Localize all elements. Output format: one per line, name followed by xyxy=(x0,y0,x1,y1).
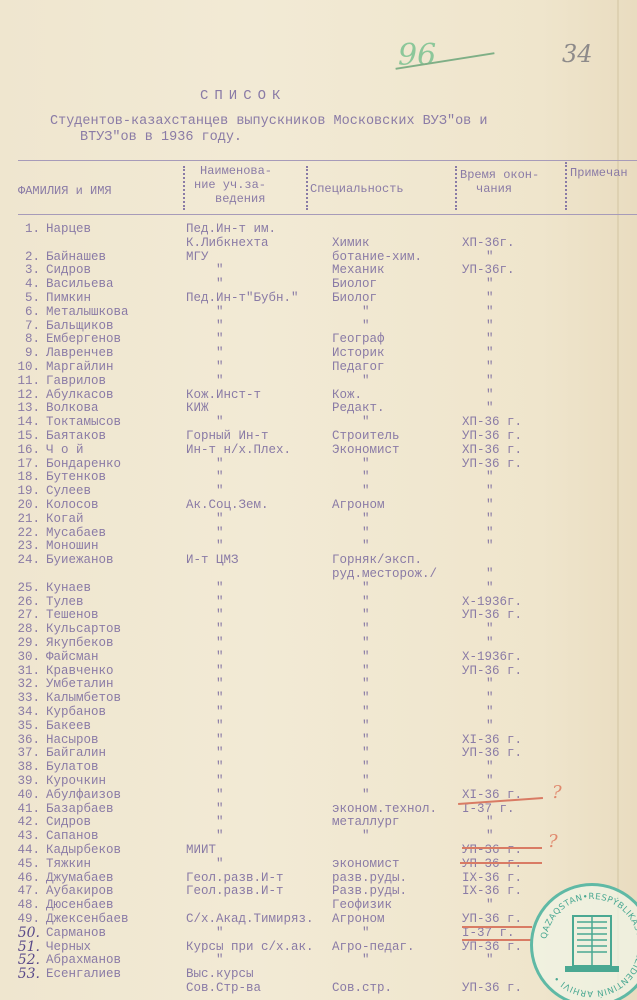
table-row: 28.Кульсартов""" xyxy=(0,622,637,636)
cell-spec: " xyxy=(332,374,370,388)
cell-inst: " xyxy=(186,457,224,471)
cell-name: Кульсартов xyxy=(46,622,121,636)
cell-num: 22. xyxy=(8,526,40,540)
table-row: 15.БаятаковГорный Ин-тСтроительУП-36 г. xyxy=(0,429,637,443)
cell-time: " xyxy=(462,512,494,526)
table-row: 45.Тяжкин"экономистУП-36 г. xyxy=(0,857,637,871)
cell-name: Гаврилов xyxy=(46,374,106,388)
cell-inst: Геол.разв.И-т xyxy=(186,871,284,885)
header-institution-1: Наименова- xyxy=(200,164,272,178)
cell-time: " xyxy=(462,346,494,360)
table-row: 37.Байгалин""УП-36 г. xyxy=(0,746,637,760)
cell-name: Умбеталин xyxy=(46,677,114,691)
cell-inst: Выс.курсы xyxy=(186,967,254,981)
cell-num: 40. xyxy=(8,788,40,802)
subtitle-line-2: ВТУЗ"ов в 1936 году. xyxy=(50,130,570,146)
cell-num: 25. xyxy=(8,581,40,595)
cell-spec: " xyxy=(332,305,370,319)
cell-spec: металлург xyxy=(332,815,400,829)
cell-spec: " xyxy=(332,484,370,498)
cell-inst: " xyxy=(186,277,224,291)
cell-inst: Геол.разв.И-т xyxy=(186,884,284,898)
cell-name: Байгалин xyxy=(46,746,106,760)
table-row: К.ЛибкнехтаХимикХП-36г. xyxy=(0,236,637,250)
cell-num: 24. xyxy=(8,553,40,567)
cell-time: " xyxy=(462,774,494,788)
column-divider xyxy=(183,166,188,210)
cell-spec: " xyxy=(332,319,370,333)
cell-name: Кравченко xyxy=(46,664,114,678)
cell-name: Булатов xyxy=(46,760,99,774)
cell-name: Токтамысов xyxy=(46,415,121,429)
table-row: 17.Бондаренко""УП-36 г. xyxy=(0,457,637,471)
cell-inst: Ин-т н/х.Плех. xyxy=(186,443,291,457)
cell-name: Сарманов xyxy=(46,926,106,940)
cell-time: " xyxy=(462,691,494,705)
cell-num: 15. xyxy=(8,429,40,443)
cell-inst: " xyxy=(186,788,224,802)
cell-time: УП-36 г. xyxy=(462,746,522,760)
header-institution-2: ние уч.за- xyxy=(194,178,266,192)
red-strike xyxy=(460,862,542,864)
cell-num: 42. xyxy=(8,815,40,829)
cell-name: Джексенбаев xyxy=(46,912,129,926)
cell-name: Дюсенбаев xyxy=(46,898,114,912)
archive-stamp: QAZAQSTAN•RESPÝBLIKASY PREZIDENTINIŃ ARH… xyxy=(530,883,637,1000)
cell-spec: Строитель xyxy=(332,429,400,443)
cell-spec: Историк xyxy=(332,346,385,360)
cell-inst: " xyxy=(186,581,224,595)
table-row: 21.Когай""" xyxy=(0,512,637,526)
cell-inst: Курсы при с/х.ак. xyxy=(186,940,314,954)
cell-time: IХ-36 г. xyxy=(462,871,522,885)
header-institution-3: ведения xyxy=(215,192,265,206)
cell-name: Мусабаев xyxy=(46,526,106,540)
cell-inst: " xyxy=(186,857,224,871)
cell-inst: " xyxy=(186,319,224,333)
cell-name: Кунаев xyxy=(46,581,91,595)
cell-num: 44. xyxy=(8,843,40,857)
cell-inst: " xyxy=(186,374,224,388)
cell-num: 19. xyxy=(8,484,40,498)
cell-time: " xyxy=(462,719,494,733)
cell-time: " xyxy=(462,291,494,305)
cell-name: Волкова xyxy=(46,401,99,415)
cell-name: Металышкова xyxy=(46,305,129,319)
cell-spec: Педагог xyxy=(332,360,385,374)
cell-inst: " xyxy=(186,719,224,733)
cell-inst: " xyxy=(186,926,224,940)
cell-spec: экономист xyxy=(332,857,400,871)
cell-inst: " xyxy=(186,332,224,346)
cell-name: Курбанов xyxy=(46,705,106,719)
cell-name: Есенгалиев xyxy=(46,967,121,981)
archive-building-icon: QAZAQSTAN•RESPÝBLIKASY PREZIDENTINIŃ ARH… xyxy=(533,886,637,1000)
cell-spec: Редакт. xyxy=(332,401,385,415)
cell-num: 28. xyxy=(8,622,40,636)
cell-spec: руд.месторож./ xyxy=(332,567,437,581)
cell-name: Лавренчев xyxy=(46,346,114,360)
cell-spec: Разв.руды. xyxy=(332,884,407,898)
cell-time: " xyxy=(462,953,494,967)
cell-time: " xyxy=(462,636,494,650)
cell-name: Абулфаизов xyxy=(46,788,121,802)
cell-num: 50. xyxy=(8,926,40,940)
cell-name: Бутенков xyxy=(46,470,106,484)
cell-num: 18. xyxy=(8,470,40,484)
cell-time: УП-36 г. xyxy=(462,857,522,871)
cell-spec: Кож. xyxy=(332,388,362,402)
table-row: 44.КадырбековМИИТУП-36 г. xyxy=(0,843,637,857)
cell-spec: " xyxy=(332,677,370,691)
cell-spec: Агроном xyxy=(332,912,385,926)
table-row: 1.НарцевПед.Ин-т им. xyxy=(0,222,637,236)
cell-time: ХП-36г. xyxy=(462,236,515,250)
document-title: СПИСОК xyxy=(200,88,286,104)
cell-inst: Кож.Инст-т xyxy=(186,388,261,402)
cell-time: " xyxy=(462,526,494,540)
cell-time: УП-36 г. xyxy=(462,608,522,622)
cell-time: УП-36 г. xyxy=(462,912,522,926)
cell-name: Тяжкин xyxy=(46,857,91,871)
cell-num: 33. xyxy=(8,691,40,705)
cell-time: " xyxy=(462,305,494,319)
table-row: 35.Бакеев""" xyxy=(0,719,637,733)
cell-num: 17. xyxy=(8,457,40,471)
cell-num: 43. xyxy=(8,829,40,843)
red-question-mark: ? xyxy=(548,831,558,852)
cell-spec: Экономист xyxy=(332,443,400,457)
cell-inst: " xyxy=(186,691,224,705)
cell-spec: Механик xyxy=(332,263,385,277)
cell-num: 36. xyxy=(8,733,40,747)
cell-time: " xyxy=(462,374,494,388)
header-bottom-rule xyxy=(18,214,637,215)
cell-name: Насыров xyxy=(46,733,99,747)
cell-spec: Биолог xyxy=(332,277,377,291)
cell-inst: " xyxy=(186,664,224,678)
cell-time: " xyxy=(462,677,494,691)
cell-num: 46. xyxy=(8,871,40,885)
cell-num: 14. xyxy=(8,415,40,429)
cell-spec: " xyxy=(332,622,370,636)
cell-spec: " xyxy=(332,595,370,609)
cell-name: Бакеев xyxy=(46,719,91,733)
table-row: 8.Ембергенов"Географ" xyxy=(0,332,637,346)
cell-num: 13. xyxy=(8,401,40,415)
cell-num: 21. xyxy=(8,512,40,526)
cell-spec: " xyxy=(332,760,370,774)
cell-num: 30. xyxy=(8,650,40,664)
column-divider xyxy=(306,166,311,210)
cell-name: Кадырбеков xyxy=(46,843,121,857)
table-row: 24.БуиежановИ-т ЦМЗГорняк/эксп. xyxy=(0,553,637,567)
cell-num: 16. xyxy=(8,443,40,457)
header-notes: Примечан xyxy=(570,166,628,180)
cell-num: 2. xyxy=(8,250,40,264)
cell-name: Курочкин xyxy=(46,774,106,788)
cell-inst: " xyxy=(186,415,224,429)
cell-num: 3. xyxy=(8,263,40,277)
table-row: 7.Бальщиков""" xyxy=(0,319,637,333)
cell-num: 47. xyxy=(8,884,40,898)
column-divider xyxy=(565,162,570,210)
cell-name: Тулев xyxy=(46,595,84,609)
cell-time: УП-36г. xyxy=(462,263,515,277)
cell-num: 32. xyxy=(8,677,40,691)
table-row: 41.Базарбаев"эконом.технол.I-37 г. xyxy=(0,802,637,816)
column-divider xyxy=(455,166,460,210)
cell-inst: " xyxy=(186,512,224,526)
cell-name: Бальщиков xyxy=(46,319,114,333)
cell-spec: " xyxy=(332,953,370,967)
cell-num: 12. xyxy=(8,388,40,402)
cell-time: " xyxy=(462,360,494,374)
cell-inst: " xyxy=(186,595,224,609)
cell-spec: Агро-педаг. xyxy=(332,940,415,954)
cell-name: Когай xyxy=(46,512,84,526)
cell-inst: Пед.Ин-т им. xyxy=(186,222,276,236)
header-top-rule xyxy=(18,160,637,161)
table-row: 46.ДжумабаевГеол.разв.И-тразв.руды.IХ-36… xyxy=(0,871,637,885)
table-row: 14.Токтамысов""ХП-36 г. xyxy=(0,415,637,429)
cell-time: " xyxy=(462,815,494,829)
cell-num: 37. xyxy=(8,746,40,760)
cell-spec: " xyxy=(332,512,370,526)
cell-inst: МИИТ xyxy=(186,843,216,857)
cell-inst: " xyxy=(186,650,224,664)
cell-inst: Ак.Соц.Зем. xyxy=(186,498,269,512)
cell-time: Х-1936г. xyxy=(462,595,522,609)
cell-num: 29. xyxy=(8,636,40,650)
table-row: 39.Курочкин""" xyxy=(0,774,637,788)
cell-name: Маргайлин xyxy=(46,360,114,374)
cell-spec: Химик xyxy=(332,236,370,250)
table-row: 29.Якупбеков""" xyxy=(0,636,637,650)
cell-time: I-37 г. xyxy=(462,926,515,940)
cell-name: Васильева xyxy=(46,277,114,291)
cell-inst: " xyxy=(186,829,224,843)
table-row: 20.КолосовАк.Соц.Зем.Агроном" xyxy=(0,498,637,512)
red-strike xyxy=(462,939,532,941)
cell-inst: " xyxy=(186,815,224,829)
cell-inst: Горный Ин-т xyxy=(186,429,269,443)
header-time-1: Время окон- xyxy=(460,168,539,182)
cell-time: УП-36 г. xyxy=(462,429,522,443)
cell-num: 49. xyxy=(8,912,40,926)
folio-number: 34 xyxy=(562,40,593,68)
table-row: 42.Сидров"металлург" xyxy=(0,815,637,829)
cell-name: Ч о й xyxy=(46,443,84,457)
cell-spec: " xyxy=(332,746,370,760)
table-row: 16.Ч о йИн-т н/х.Плех.ЭкономистХП-36 г. xyxy=(0,443,637,457)
cell-name: Бондаренко xyxy=(46,457,121,471)
cell-time: ХП-36 г. xyxy=(462,415,522,429)
cell-num: 6. xyxy=(8,305,40,319)
cell-num: 9. xyxy=(8,346,40,360)
table-row: 32.Умбеталин""" xyxy=(0,677,637,691)
cell-num: 48. xyxy=(8,898,40,912)
table-row: 12.АбулкасовКож.Инст-тКож." xyxy=(0,388,637,402)
cell-spec: " xyxy=(332,788,370,802)
cell-time: УП-36 г. xyxy=(462,940,522,954)
cell-name: Баятаков xyxy=(46,429,106,443)
cell-name: Тешенов xyxy=(46,608,99,622)
red-question-mark: ? xyxy=(552,782,562,803)
document-subtitle: Студентов-казахстанцев выпускников Моско… xyxy=(50,114,570,146)
cell-inst: " xyxy=(186,346,224,360)
table-row: 30.Файсман""Х-1936г. xyxy=(0,650,637,664)
cell-spec: " xyxy=(332,415,370,429)
cell-time: ХI-36 г. xyxy=(462,733,522,747)
cell-spec: Горняк/эксп. xyxy=(332,553,422,567)
header-time-2: чания xyxy=(476,182,512,196)
cell-inst: Сов.Стр-ва xyxy=(186,981,261,995)
cell-name: Байнашев xyxy=(46,250,106,264)
table-row: 27.Тешенов""УП-36 г. xyxy=(0,608,637,622)
cell-inst: " xyxy=(186,760,224,774)
cell-name: Абулкасов xyxy=(46,388,114,402)
cell-time: " xyxy=(462,622,494,636)
table-row: 3.Сидров"МеханикУП-36г. xyxy=(0,263,637,277)
cell-inst: " xyxy=(186,360,224,374)
table-row: 36.Насыров""ХI-36 г. xyxy=(0,733,637,747)
cell-spec: " xyxy=(332,829,370,843)
cell-name: Нарцев xyxy=(46,222,91,236)
cell-num: 34. xyxy=(8,705,40,719)
cell-spec: " xyxy=(332,526,370,540)
cell-name: Пимкин xyxy=(46,291,91,305)
cell-num: 41. xyxy=(8,802,40,816)
cell-time: УП-36 г. xyxy=(462,843,522,857)
cell-spec: " xyxy=(332,705,370,719)
cell-time: " xyxy=(462,498,494,512)
cell-name: Ембергенов xyxy=(46,332,121,346)
archival-document-page: 96 34 СПИСОК Студентов-казахстанцев выпу… xyxy=(0,0,637,1000)
cell-time: " xyxy=(462,705,494,719)
cell-time: " xyxy=(462,567,494,581)
cell-spec: " xyxy=(332,457,370,471)
table-row: 11.Гаврилов""" xyxy=(0,374,637,388)
cell-spec: " xyxy=(332,636,370,650)
cell-inst: " xyxy=(186,746,224,760)
cell-name: Буиежанов xyxy=(46,553,114,567)
cell-time: УП-36 г. xyxy=(462,664,522,678)
cell-num: 27. xyxy=(8,608,40,622)
cell-inst: С/х.Акад.Тимиряз. xyxy=(186,912,314,926)
table-row: 34.Курбанов""" xyxy=(0,705,637,719)
cell-spec: " xyxy=(332,581,370,595)
cell-time: " xyxy=(462,484,494,498)
cell-name: Калымбетов xyxy=(46,691,121,705)
cell-spec: Геофизик xyxy=(332,898,392,912)
cell-num: 45. xyxy=(8,857,40,871)
table-row: 33.Калымбетов""" xyxy=(0,691,637,705)
cell-time: ХП-36 г. xyxy=(462,443,522,457)
cell-spec: " xyxy=(332,650,370,664)
cell-num: 35. xyxy=(8,719,40,733)
table-row: руд.месторож./" xyxy=(0,567,637,581)
cell-name: Черных xyxy=(46,940,91,954)
cell-spec: " xyxy=(332,539,370,553)
cell-num: 5. xyxy=(8,291,40,305)
cell-time: " xyxy=(462,539,494,553)
table-row: 38.Булатов""" xyxy=(0,760,637,774)
cell-name: Колосов xyxy=(46,498,99,512)
cell-time: Х-1936г. xyxy=(462,650,522,664)
cell-inst: " xyxy=(186,802,224,816)
cell-time: УП-36 г. xyxy=(462,981,522,995)
cell-num: 20. xyxy=(8,498,40,512)
cell-name: Джумабаев xyxy=(46,871,114,885)
cell-name: Моношин xyxy=(46,539,99,553)
cell-spec: Географ xyxy=(332,332,385,346)
cell-time: " xyxy=(462,401,494,415)
table-row: 26.Тулев""Х-1936г. xyxy=(0,595,637,609)
cell-inst: " xyxy=(186,484,224,498)
cell-time: I-37 г. xyxy=(462,802,515,816)
red-strike xyxy=(462,926,532,928)
cell-inst: И-т ЦМЗ xyxy=(186,553,239,567)
cell-inst: " xyxy=(186,774,224,788)
cell-spec: " xyxy=(332,774,370,788)
cell-time: IХ-36 г. xyxy=(462,884,522,898)
cell-num: 11. xyxy=(8,374,40,388)
table-row: 13.ВолковаКИЖРедакт." xyxy=(0,401,637,415)
header-name: ФАМИЛИЯ и ИМЯ xyxy=(18,184,112,198)
cell-spec: Биолог xyxy=(332,291,377,305)
cell-time: " xyxy=(462,760,494,774)
cell-time: " xyxy=(462,829,494,843)
table-row: 4.Васильева"Биолог" xyxy=(0,277,637,291)
cell-num: 38. xyxy=(8,760,40,774)
cell-spec: " xyxy=(332,926,370,940)
cell-spec: Сов.стр. xyxy=(332,981,392,995)
cell-inst: " xyxy=(186,622,224,636)
cell-inst: " xyxy=(186,636,224,650)
table-row: 23.Моношин""" xyxy=(0,539,637,553)
cell-inst: " xyxy=(186,953,224,967)
cell-inst: " xyxy=(186,526,224,540)
cell-num: 10. xyxy=(8,360,40,374)
cell-num: 1. xyxy=(8,222,40,236)
cell-num: 4. xyxy=(8,277,40,291)
red-strike xyxy=(462,847,542,849)
table-row: 5.ПимкинПед.Ин-т"Бубн."Биолог" xyxy=(0,291,637,305)
cell-spec: разв.руды. xyxy=(332,871,407,885)
subtitle-line-1: Студентов-казахстанцев выпускников Моско… xyxy=(50,114,570,130)
cell-num: 7. xyxy=(8,319,40,333)
table-row: 31.Кравченко""УП-36 г. xyxy=(0,664,637,678)
header-specialty: Специальность xyxy=(310,182,404,196)
cell-time: " xyxy=(462,470,494,484)
cell-spec: ботание-хим. xyxy=(332,250,422,264)
cell-num: 31. xyxy=(8,664,40,678)
cell-spec: " xyxy=(332,691,370,705)
cell-name: Сапанов xyxy=(46,829,99,843)
cell-time: " xyxy=(462,250,494,264)
cell-name: Файсман xyxy=(46,650,99,664)
cell-time: " xyxy=(462,332,494,346)
cell-inst: " xyxy=(186,305,224,319)
cell-num: 8. xyxy=(8,332,40,346)
table-row: 10.Маргайлин"Педагог" xyxy=(0,360,637,374)
table-row: 25.Кунаев""" xyxy=(0,581,637,595)
cell-time: " xyxy=(462,581,494,595)
table-row: 6.Металышкова""" xyxy=(0,305,637,319)
cell-num: 53. xyxy=(8,967,40,981)
cell-name: Абрахманов xyxy=(46,953,121,967)
